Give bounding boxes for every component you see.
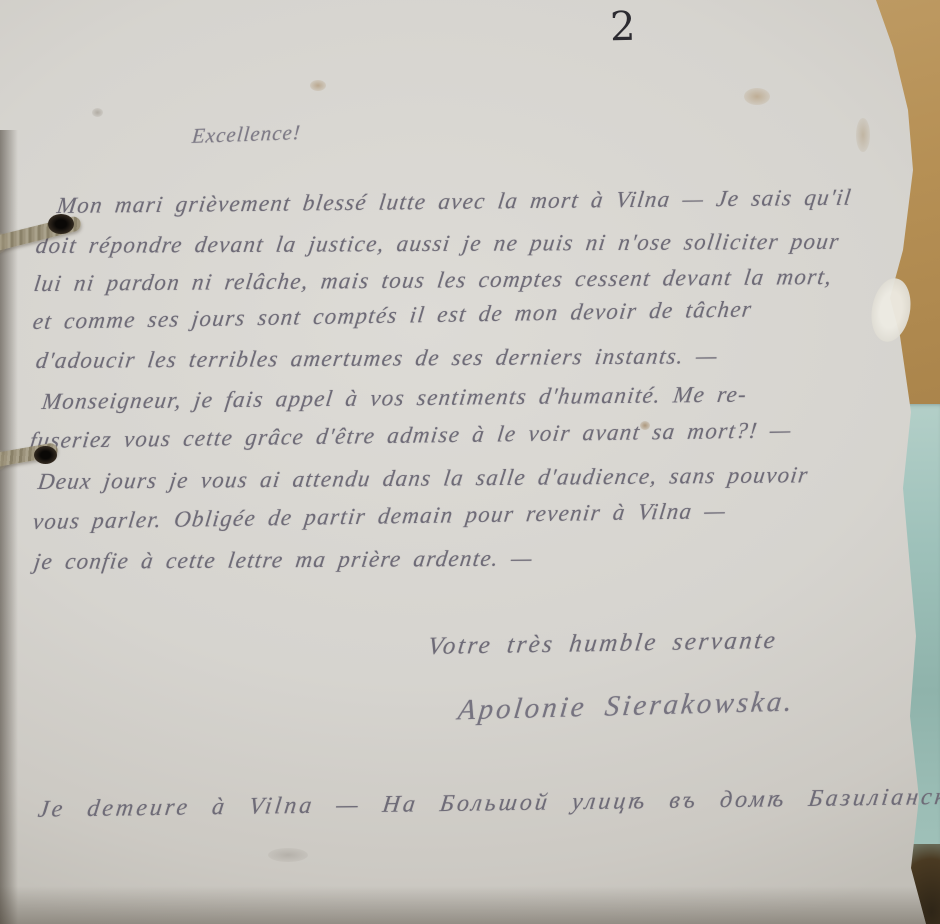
letter-line: vous parler. Obligée de partir demain po… bbox=[31, 498, 728, 535]
letter-line: d'adoucir les terribles amertumes de ses… bbox=[34, 343, 719, 374]
letter-line: je confie à cette lettre ma prière arden… bbox=[32, 546, 534, 576]
binding-hole-top bbox=[48, 214, 74, 234]
letter-line: fuseriez vous cette grâce d'être admise … bbox=[28, 417, 793, 454]
binding-hole-bottom bbox=[34, 446, 57, 464]
letter-line: et comme ses jours sont comptés il est d… bbox=[31, 296, 753, 335]
letter-line: lui ni pardon ni relâche, mais tous les … bbox=[32, 264, 834, 297]
letter-line: Mon mari grièvement blessé lutte avec la… bbox=[55, 185, 853, 219]
letter-line: Monseigneur, je fais appel à vos sentime… bbox=[40, 382, 749, 415]
letter-line: Deux jours je vous ai attendu dans la sa… bbox=[36, 462, 810, 495]
letter-line: doit répondre devant la justice, aussi j… bbox=[34, 229, 841, 259]
archival-letter-photo: 2 Excellence! Mon mari grièvement blessé… bbox=[0, 0, 940, 924]
